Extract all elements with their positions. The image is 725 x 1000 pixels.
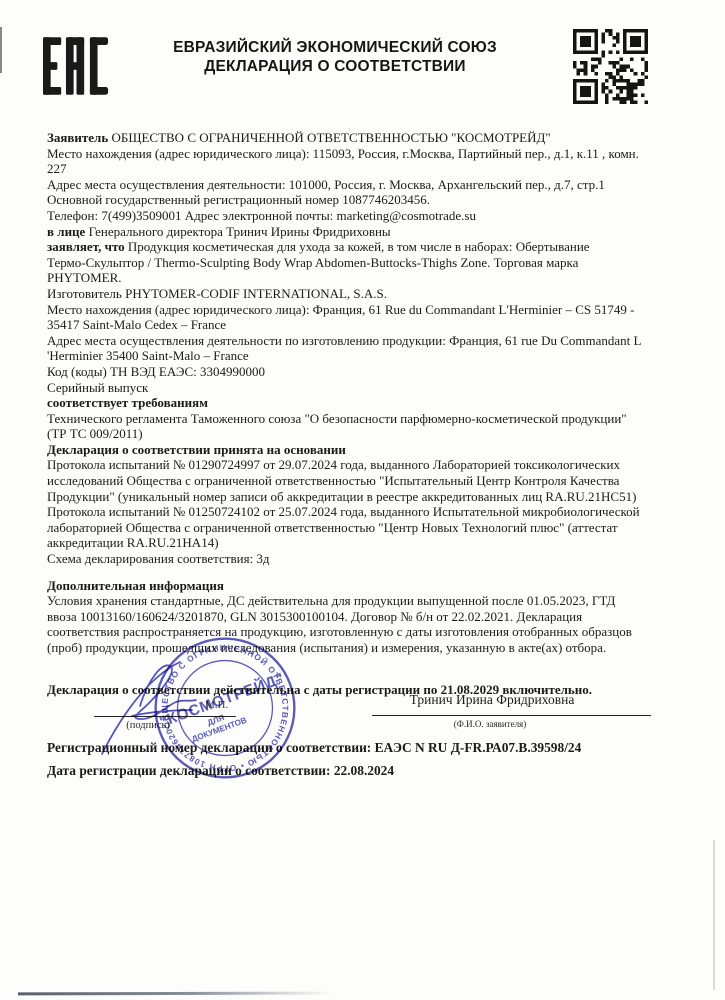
text-line: Протокола испытаний № 01250724102 от 25.… <box>47 504 679 520</box>
text-line: Продукции" (уникальный номер записи об а… <box>47 489 679 505</box>
signature-line <box>94 716 236 717</box>
scan-artifact-right-edge <box>713 840 715 990</box>
text-line: Декларация о соответствии принята на осн… <box>47 442 679 458</box>
declaration-page: ЕВРАЗИЙСКИЙ ЭКОНОМИЧЕСКИЙ СОЮЗ ДЕКЛАРАЦИ… <box>0 0 725 1000</box>
text-line: заявляет, что Продукция косметическая дл… <box>47 239 679 255</box>
text-line: Изготовитель PHYTOMER-CODIF INTERNATIONA… <box>47 286 679 302</box>
text-line: соответствует требованиям <box>47 395 679 411</box>
text-line: исследований Общества с ограниченной отв… <box>47 473 679 489</box>
text-line: Схема декларирования соответствия: 3д <box>47 551 679 567</box>
doc-type-title: ДЕКЛАРАЦИЯ О СООТВЕТСТВИИ <box>150 57 520 76</box>
seal-place-label: М.П. <box>205 699 228 711</box>
eac-logo-icon <box>43 36 110 96</box>
qr-code <box>573 27 648 106</box>
text-line: в лице Генерального директора Тринич Ири… <box>47 224 679 240</box>
text-line: Основной государственный регистрационный… <box>47 192 679 208</box>
text-line: Место нахождения (адрес юридического лиц… <box>47 146 679 162</box>
text-line: 'Herminier 35400 Saint-Malo – France <box>47 348 679 364</box>
text-line: Телефон: 7(499)3509001 Адрес электронной… <box>47 208 679 224</box>
scan-artifact-bottom-edge <box>18 992 333 996</box>
text-line: Серийный выпуск <box>47 380 679 396</box>
text-line: (ТР ТС 009/2011) <box>47 426 679 442</box>
text-line: Протокола испытаний № 01290724997 от 29.… <box>47 457 679 473</box>
text-line: Заявитель ОБЩЕСТВО С ОГРАНИЧЕННОЙ ОТВЕТС… <box>47 130 679 146</box>
union-name: ЕВРАЗИЙСКИЙ ЭКОНОМИЧЕСКИЙ СОЮЗ <box>150 38 520 57</box>
document-title: ЕВРАЗИЙСКИЙ ЭКОНОМИЧЕСКИЙ СОЮЗ ДЕКЛАРАЦИ… <box>150 38 520 76</box>
text-line: Адрес места осуществления деятельности: … <box>47 177 679 193</box>
applicant-name-line <box>372 715 651 716</box>
applicant-name: Тринич Ирина Фридриховна <box>372 692 612 708</box>
text-line: ввоза 10013160/160624/3201870, GLN 30153… <box>47 609 679 625</box>
text-line: 227 <box>47 161 679 177</box>
text-line: Адрес места осуществления деятельности п… <box>47 333 679 349</box>
registration-date: Дата регистрации декларации о соответств… <box>47 763 394 779</box>
registration-number: Регистрационный номер декларации о соотв… <box>47 740 581 756</box>
text-line: (проб) продукции, прошедших исследования… <box>47 640 679 656</box>
text-line: Условия хранения стандартные, ДС действи… <box>47 593 679 609</box>
text-line: соответствия распространяется на продукц… <box>47 624 679 640</box>
scan-artifact-left-edge <box>0 27 2 73</box>
text-line: Дополнительная информация <box>47 578 679 594</box>
text-line: аккредитации RA.RU.21НА14) <box>47 535 679 551</box>
text-line: Технического регламента Таможенного союз… <box>47 411 679 427</box>
text-line: 35417 Saint-Malo Cedex – France <box>47 317 679 333</box>
text-line: Термо-Скульптор / Thermo-Sculpting Body … <box>47 255 679 271</box>
text-line: PHYTOMER. <box>47 270 679 286</box>
declaration-body: Заявитель ОБЩЕСТВО С ОГРАНИЧЕННОЙ ОТВЕТС… <box>47 130 679 697</box>
text-line: Код (коды) ТН ВЭД ЕАЭС: 3304990000 <box>47 364 679 380</box>
text-line: лабораторией Общества с ограниченной отв… <box>47 520 679 536</box>
applicant-name-caption: (Ф.И.О. заявителя) <box>420 719 560 729</box>
text-line: Место нахождения (адрес юридического лиц… <box>47 302 679 318</box>
signature-caption: (подпись) <box>98 720 198 731</box>
